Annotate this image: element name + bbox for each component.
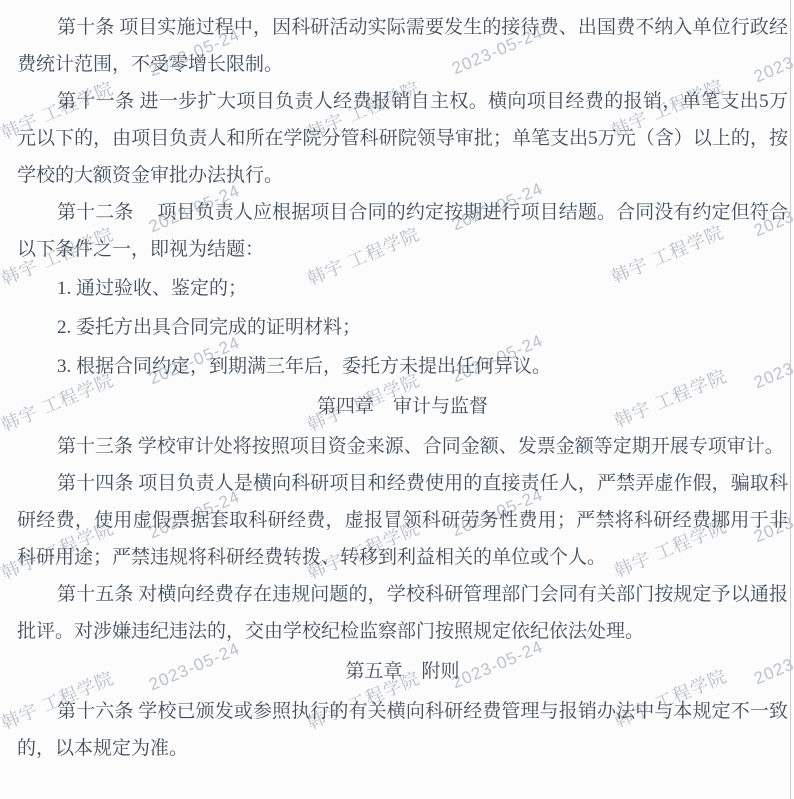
document-paragraph: 第十五条 对横向经费存在违规问题的，学校科研管理部门会同有关部门按规定予以通报批… (17, 576, 788, 650)
document-paragraph: 第十三条 学校审计处将按照项目资金来源、合同金额、发票金额等定期开展专项审计。 (17, 428, 788, 465)
list-item: 1. 通过验收、鉴定的； (17, 270, 788, 307)
document-paragraph: 第十六条 学校已颁发或参照执行的有关横向科研经费管理与报销办法中与本规定不一致的… (17, 693, 788, 767)
chapter-heading: 第四章 审计与监督 (17, 388, 788, 425)
chapter-heading: 第五章 附则 (17, 653, 788, 690)
list-item: 3. 根据合同约定，到期满三年后，委托方未提出任何异议。 (17, 348, 788, 385)
page-edge-line (790, 0, 791, 799)
list-item: 2. 委托方出具合同完成的证明材料； (17, 309, 788, 346)
document-paragraph: 第十一条 进一步扩大项目负责人经费报销自主权。横向项目经费的报销，单笔支出5万元… (17, 83, 788, 194)
document-paragraph: 第十四条 项目负责人是横向科研项目和经费使用的直接责任人，严禁弄虚作假，骗取科研… (17, 465, 788, 576)
document-page: 2023-05-242023-05-242023-05-242023-05-24… (0, 0, 794, 799)
document-paragraph: 第十二条 项目负责人应根据项目合同的约定按期进行项目结题。合同没有约定但符合以下… (17, 194, 788, 268)
document-paragraph: 第十条 项目实施过程中，因科研活动实际需要发生的接待费、出国费不纳入单位行政经费… (17, 9, 788, 83)
document-content: 第十条 项目实施过程中，因科研活动实际需要发生的接待费、出国费不纳入单位行政经费… (0, 0, 794, 799)
